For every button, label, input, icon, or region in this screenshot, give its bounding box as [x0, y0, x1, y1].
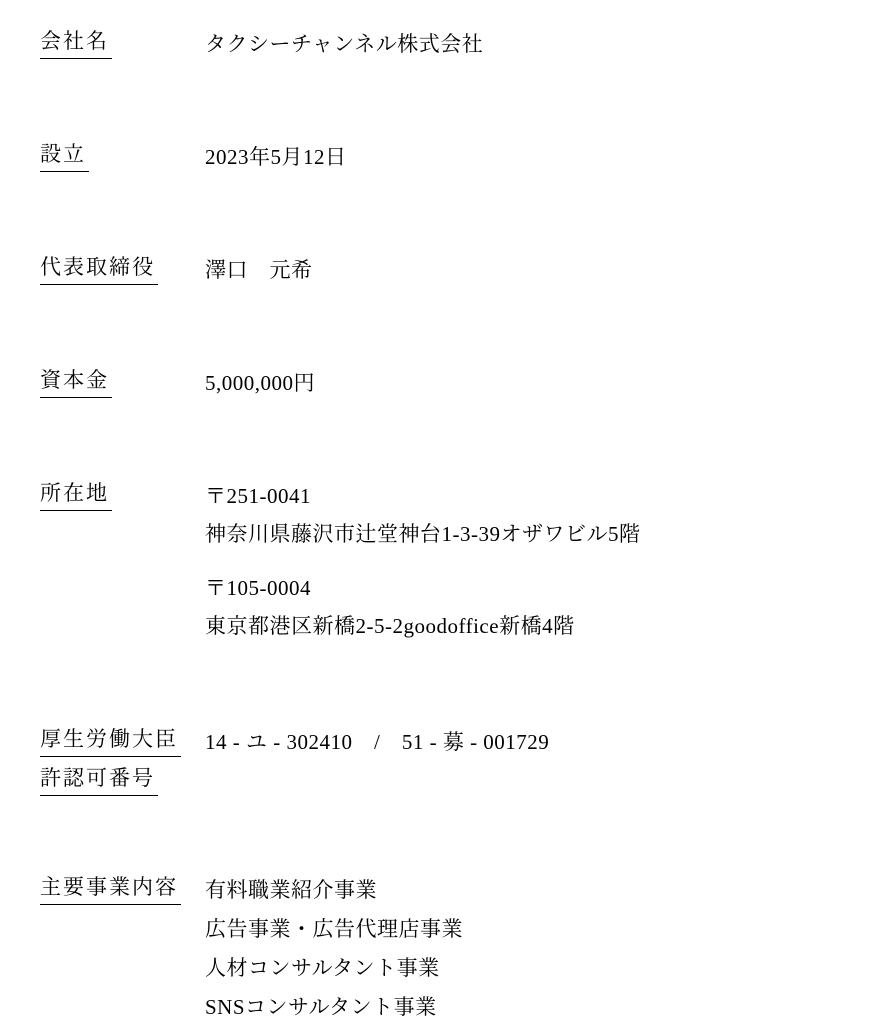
founded-label: 設立: [40, 138, 205, 177]
row-main-business: 主要事業内容 有料職業紹介事業 広告事業・広告代理店事業 人材コンサルタント事業…: [40, 871, 860, 1024]
capital-label-text: 資本金: [40, 364, 112, 398]
business-item-hr-consulting: 人材コンサルタント事業: [205, 949, 860, 988]
address-value: 〒251-0041 神奈川県藤沢市辻堂神台1-3-39オザワビル5階 〒105-…: [205, 477, 860, 645]
representative-value: 澤口 元希: [205, 251, 860, 289]
row-representative-director: 代表取締役 澤口 元希: [40, 251, 860, 290]
representative-label-text: 代表取締役: [40, 251, 158, 285]
row-founded-date: 設立 2023年5月12日: [40, 138, 860, 177]
license-label-line2: 許認可番号: [40, 762, 158, 796]
company-name-value: タクシーチャンネル株式会社: [205, 25, 860, 63]
business-label-text: 主要事業内容: [40, 871, 181, 905]
company-profile-page: 会社名 タクシーチャンネル株式会社 設立 2023年5月12日 代表取締役 澤口…: [0, 0, 890, 1024]
street-address: 神奈川県藤沢市辻堂神台1-3-39オザワビル5階: [205, 515, 860, 553]
company-name-label: 会社名: [40, 25, 205, 64]
postal-code: 〒105-0004: [205, 569, 860, 607]
business-item-staffing: 有料職業紹介事業: [205, 871, 860, 910]
founded-value: 2023年5月12日: [205, 138, 860, 176]
row-license-number: 厚生労働大臣 許認可番号 14 - ユ - 302410 / 51 - 募 - …: [40, 723, 860, 801]
company-name-label-text: 会社名: [40, 25, 112, 59]
business-value: 有料職業紹介事業 広告事業・広告代理店事業 人材コンサルタント事業 SNSコンサ…: [205, 871, 860, 1024]
license-label-line1: 厚生労働大臣: [40, 723, 181, 757]
capital-label: 資本金: [40, 364, 205, 403]
license-label: 厚生労働大臣 許認可番号: [40, 723, 205, 801]
address-location-fujisawa: 〒251-0041 神奈川県藤沢市辻堂神台1-3-39オザワビル5階: [205, 477, 860, 553]
address-location-shimbashi: 〒105-0004 東京都港区新橋2-5-2goodoffice新橋4階: [205, 569, 860, 645]
representative-label: 代表取締役: [40, 251, 205, 290]
street-address: 東京都港区新橋2-5-2goodoffice新橋4階: [205, 607, 860, 645]
capital-value: 5,000,000円: [205, 364, 860, 402]
row-capital: 資本金 5,000,000円: [40, 364, 860, 403]
founded-label-text: 設立: [40, 138, 89, 172]
address-label-text: 所在地: [40, 477, 112, 511]
business-item-advertising: 広告事業・広告代理店事業: [205, 910, 860, 949]
postal-code: 〒251-0041: [205, 477, 860, 515]
license-value: 14 - ユ - 302410 / 51 - 募 - 001729: [205, 723, 860, 761]
row-company-name: 会社名 タクシーチャンネル株式会社: [40, 25, 860, 64]
address-label: 所在地: [40, 477, 205, 516]
row-address: 所在地 〒251-0041 神奈川県藤沢市辻堂神台1-3-39オザワビル5階 〒…: [40, 477, 860, 645]
business-item-sns-consulting: SNSコンサルタント事業: [205, 988, 860, 1024]
business-label: 主要事業内容: [40, 871, 205, 910]
